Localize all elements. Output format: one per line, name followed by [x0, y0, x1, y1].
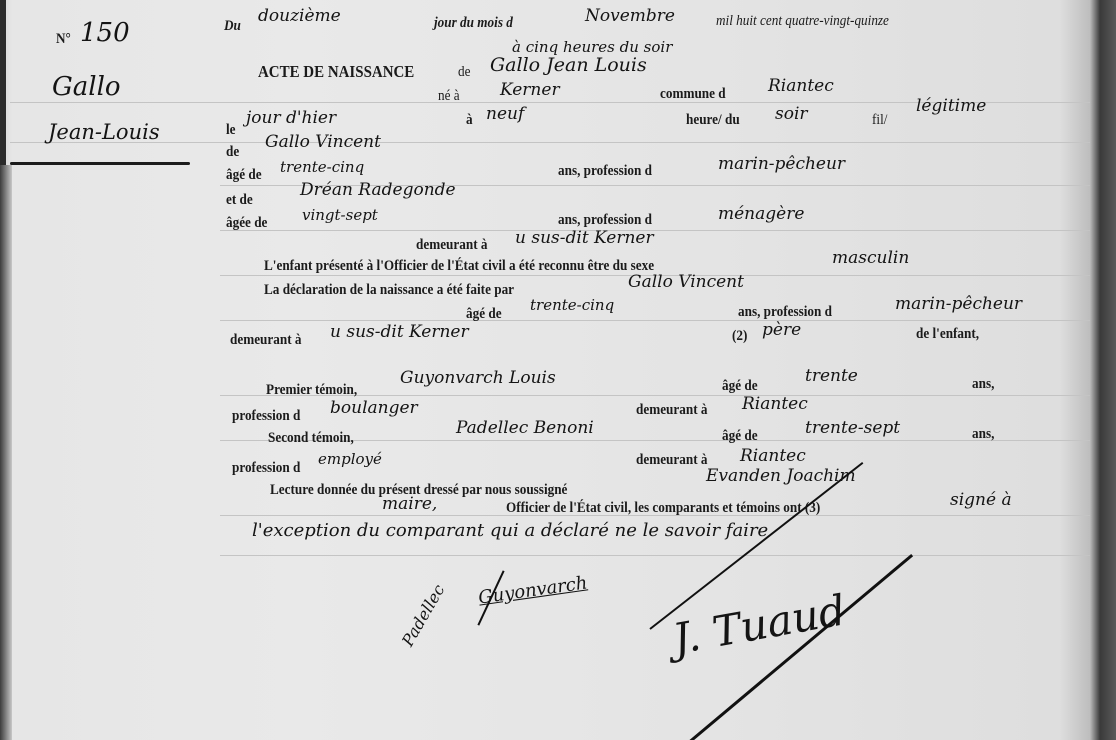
witness2-profession-hand: employé	[318, 450, 382, 468]
act-number-label: N°	[56, 31, 71, 48]
label-a: à	[466, 112, 473, 129]
label-jour-du-mois: jour du mois d	[434, 15, 513, 32]
witness1-age-hand: trente	[805, 366, 858, 386]
witness2-residence-label: demeurant à	[636, 452, 708, 469]
witness1-profession-label: profession d	[232, 408, 300, 425]
residence-hand: u sus-dit Kerner	[515, 228, 654, 248]
witness2-age-label: âgé de	[722, 428, 758, 445]
father-profession-hand: marin-pêcheur	[718, 154, 845, 174]
label-fils: fil/	[872, 112, 887, 129]
declarant-residence-hand: u sus-dit Kerner	[330, 322, 469, 342]
label-declarant-age: âgé de	[466, 306, 502, 323]
signature-mayor: J. Tuaud	[669, 585, 849, 664]
mother-profession-hand: ménagère	[718, 204, 804, 224]
label-de-father: de	[226, 144, 239, 161]
title-label: ACTE DE NAISSANCE	[258, 62, 414, 82]
relation-hand: père	[762, 320, 801, 340]
witness1-ans: ans,	[972, 376, 994, 393]
act-number: 150	[80, 18, 130, 48]
witness1-residence-label: demeurant à	[636, 402, 708, 419]
label-le: le	[226, 122, 236, 139]
year-print: mil huit cent quatre-vingt-quinze	[716, 13, 889, 30]
declaration-label: La déclaration de la naissance a été fai…	[264, 282, 514, 299]
witness1-profession-hand: boulanger	[330, 398, 418, 418]
label-et-de: et de	[226, 192, 253, 209]
label-mother-age: âgée de	[226, 215, 267, 232]
witness2-label: Second témoin,	[268, 430, 354, 447]
officer-print: Officier de l'État civil, les comparants…	[506, 500, 820, 517]
label-residence: demeurant à	[416, 237, 488, 254]
commune-hand: Riantec	[768, 76, 834, 96]
witness1-residence-hand: Riantec	[742, 394, 808, 414]
margin-divider	[10, 162, 190, 165]
label-ne-a: né à	[438, 88, 460, 105]
exception-hand: l'exception du comparant qui a déclaré n…	[252, 520, 768, 541]
mother-age-hand: vingt-sept	[302, 206, 378, 224]
legitimacy-hand: légitime	[916, 96, 986, 116]
label-mother-profession: ans, profession d	[558, 212, 652, 229]
witness1-age-label: âgé de	[722, 378, 758, 395]
label-heures: heure/ du	[686, 112, 740, 129]
witness1-name-hand: Guyonvarch Louis	[400, 368, 556, 388]
label-declarant-profession: ans, profession d	[738, 304, 832, 321]
margin-given-names: Jean-Louis	[48, 120, 160, 144]
title-de: de	[458, 64, 470, 81]
label-father-profession: ans, profession d	[558, 163, 652, 180]
declarant-name-hand: Gallo Vincent	[628, 272, 744, 292]
signature-padellec: Padellec	[398, 581, 448, 649]
birth-period-hand: soir	[775, 104, 808, 124]
declarant-profession-hand: marin-pêcheur	[895, 294, 1022, 314]
label-commune: commune d	[660, 86, 726, 103]
witness2-ans: ans,	[972, 426, 994, 443]
day-hand: douzième	[258, 6, 341, 26]
document-page: N° 150 Gallo Jean-Louis Du douzième jour…	[0, 0, 1116, 740]
father-age-hand: trente-cinq	[280, 158, 364, 176]
witness2-age-hand: trente-sept	[805, 418, 900, 438]
binding-shadow	[0, 165, 12, 740]
birth-place-hand: Kerner	[500, 80, 560, 100]
sex-hand: masculin	[832, 248, 909, 268]
declarant-age-hand: trente-cinq	[530, 296, 614, 314]
relation-number: (2)	[732, 328, 747, 345]
birth-date-hand: jour d'hier	[246, 108, 336, 128]
label-declarant-residence: demeurant à	[230, 332, 302, 349]
witness1-label: Premier témoin,	[266, 382, 357, 399]
signed-hand: signé à	[950, 490, 1012, 510]
label-de-enfant: de l'enfant,	[916, 326, 979, 343]
label-du: Du	[224, 18, 241, 35]
witness2-name-hand: Padellec Benoni	[456, 418, 594, 438]
margin-surname: Gallo	[52, 72, 121, 102]
witness2-profession-label: profession d	[232, 460, 300, 477]
month-hand: Novembre	[585, 6, 675, 26]
officer-title-hand: maire,	[382, 494, 437, 514]
label-father-age: âgé de	[226, 167, 262, 184]
father-name-hand: Gallo Vincent	[265, 132, 381, 152]
birth-hour-hand: neuf	[486, 104, 524, 124]
sex-label: L'enfant présenté à l'Officier de l'État…	[264, 258, 654, 275]
mother-name-hand: Dréan Radegonde	[300, 180, 456, 200]
child-name-hand: Gallo Jean Louis	[490, 54, 647, 76]
witness2-residence-hand: Riantec	[740, 446, 806, 466]
